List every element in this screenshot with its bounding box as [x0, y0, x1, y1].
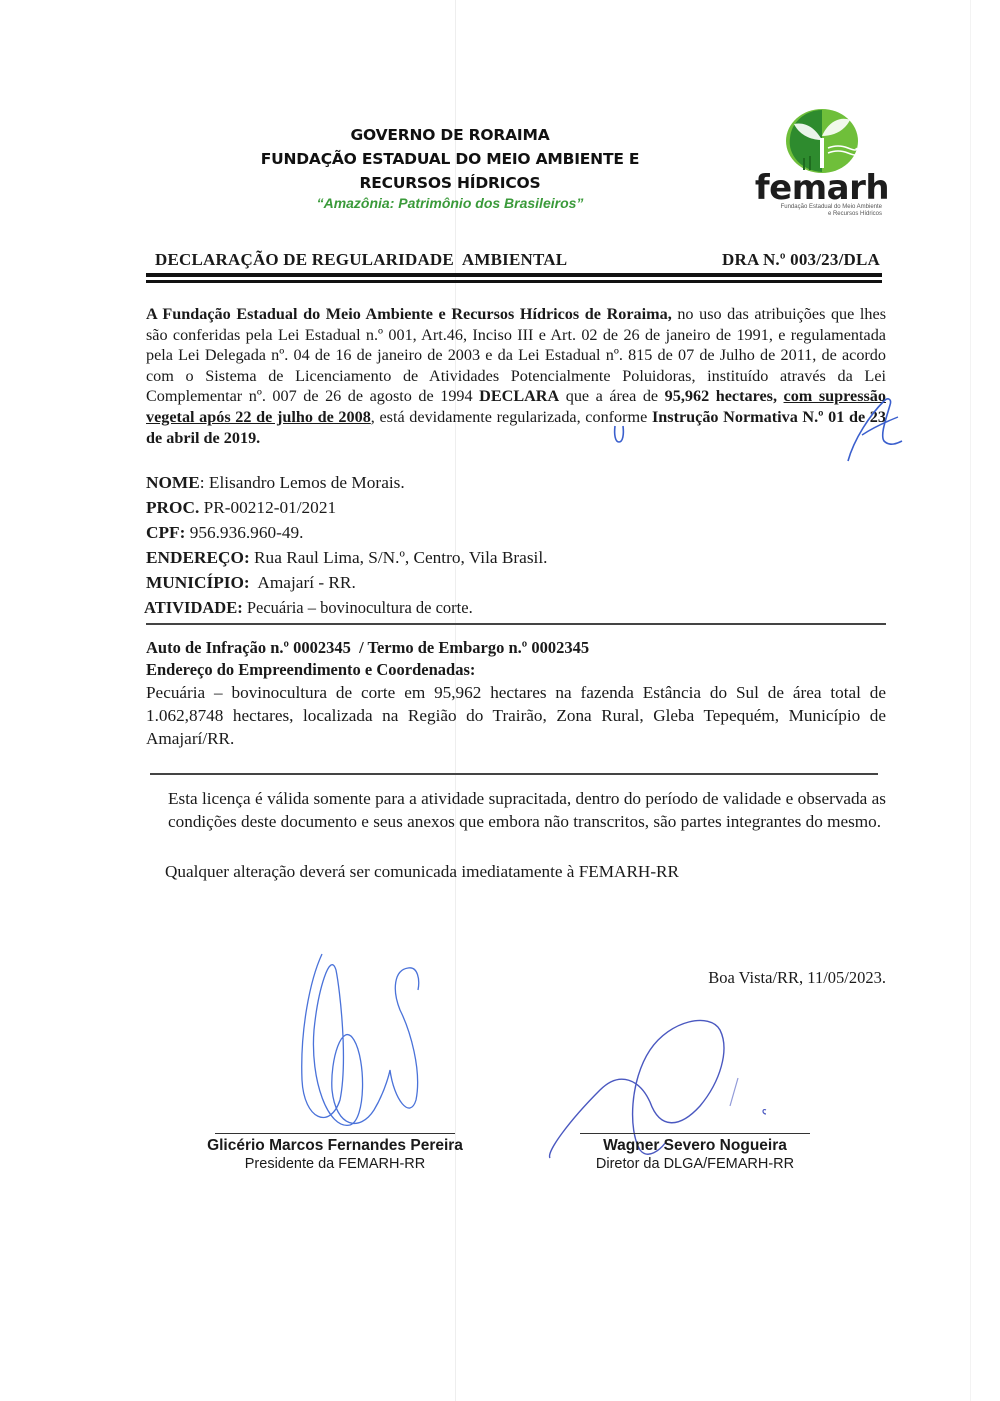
letterhead: GOVERNO DE RORAIMA FUNDAÇÃO ESTADUAL DO …: [250, 123, 650, 211]
motto: “Amazônia: Patrimônio dos Brasileiros”: [250, 195, 650, 211]
field-proc: PROC. PR-00212-01/2021: [146, 495, 547, 520]
field-label: PROC.: [146, 498, 199, 517]
field-endereco: ENDEREÇO: Rua Raul Lima, S/N.º, Centro, …: [146, 545, 547, 570]
enterprise-section: Auto de Infração n.º 0002345 / Termo de …: [146, 637, 886, 750]
document-title-row: DECLARAÇÃO DE REGULARIDADE AMBIENTAL DRA…: [155, 250, 880, 270]
field-nome: NOME: Elisandro Lemos de Morais.: [146, 470, 547, 495]
intro-bold: A Fundação Estadual do Meio Ambiente e R…: [146, 305, 672, 323]
government-name: GOVERNO DE RORAIMA: [250, 123, 650, 147]
logo-subtitle-2: e Recursos Hídricos: [752, 211, 892, 218]
document-number: DRA N.º 003/23/DLA: [722, 250, 880, 270]
field-cpf: CPF: 956.936.960-49.: [146, 520, 547, 545]
page-edge-line: [970, 0, 971, 1401]
title-divider-thick-2: [146, 280, 882, 283]
foundation-name-line2: RECURSOS HÍDRICOS: [250, 171, 650, 195]
field-value: PR-00212-01/2021: [204, 498, 337, 517]
signature-line: [215, 1133, 455, 1134]
femarh-logo: femarh Fundação Estadual do Meio Ambient…: [752, 108, 892, 218]
field-label: NOME: [146, 473, 200, 492]
field-label: CPF:: [146, 523, 185, 542]
changes-notice: Qualquer alteração deverá ser comunicada…: [165, 862, 679, 882]
field-value: Elisandro Lemos de Morais.: [209, 473, 405, 492]
signature-glicerio: [270, 950, 430, 1135]
signatory-role: Presidente da FEMARH-RR: [190, 1155, 480, 1173]
signatory-name: Wagner Severo Nogueira: [575, 1136, 815, 1155]
body-text-3: , está devidamente regularizada, conform…: [371, 408, 652, 426]
enterprise-description: Pecuária – bovinocultura de corte em 95,…: [146, 681, 886, 750]
enterprise-address-heading: Endereço do Empreendimento e Coordenadas…: [146, 659, 886, 681]
logo-wordmark: femarh: [752, 172, 892, 204]
field-municipio: MUNICÍPIO: Amajarí - RR.: [146, 570, 547, 595]
document-title: DECLARAÇÃO DE REGULARIDADE AMBIENTAL: [155, 250, 567, 270]
leaf-sprout-icon: [784, 108, 860, 174]
applicant-fields: NOME: Elisandro Lemos de Morais. PROC. P…: [146, 470, 547, 620]
field-label: MUNICÍPIO:: [146, 573, 250, 592]
body-text-2: que a área de: [559, 387, 664, 405]
field-value: 956.936.960-49.: [190, 523, 304, 542]
declaration-paragraph: A Fundação Estadual do Meio Ambiente e R…: [146, 304, 886, 448]
place-and-date: Boa Vista/RR, 11/05/2023.: [708, 968, 886, 988]
infraction-reference: Auto de Infração n.º 0002345 / Termo de …: [146, 637, 886, 659]
signature-block-director: Wagner Severo Nogueira Diretor da DLGA/F…: [575, 1133, 815, 1173]
validity-notice: Esta licença é válida somente para a ati…: [168, 787, 886, 833]
field-value: Rua Raul Lima, S/N.º, Centro, Vila Brasi…: [254, 548, 547, 567]
foundation-name-line1: FUNDAÇÃO ESTADUAL DO MEIO AMBIENTE E: [250, 147, 650, 171]
field-label: ATIVIDADE:: [144, 598, 243, 617]
declara-keyword: DECLARA: [479, 387, 559, 405]
signature-line: [580, 1133, 810, 1134]
field-label: ENDEREÇO:: [146, 548, 250, 567]
signatory-name: Glicério Marcos Fernandes Pereira: [190, 1136, 480, 1155]
fields-divider: [146, 623, 886, 625]
signatory-role: Diretor da DLGA/FEMARH-RR: [575, 1155, 815, 1173]
signature-block-president: Glicério Marcos Fernandes Pereira Presid…: [190, 1133, 480, 1173]
section-divider: [150, 773, 878, 775]
title-divider-thick: [146, 273, 882, 277]
field-atividade: ATIVIDADE: Pecuária – bovinocultura de c…: [144, 595, 547, 620]
field-value: Pecuária – bovinocultura de corte.: [247, 598, 473, 617]
field-value: Amajarí - RR.: [257, 573, 355, 592]
area-value: 95,962 hectares,: [665, 387, 784, 405]
